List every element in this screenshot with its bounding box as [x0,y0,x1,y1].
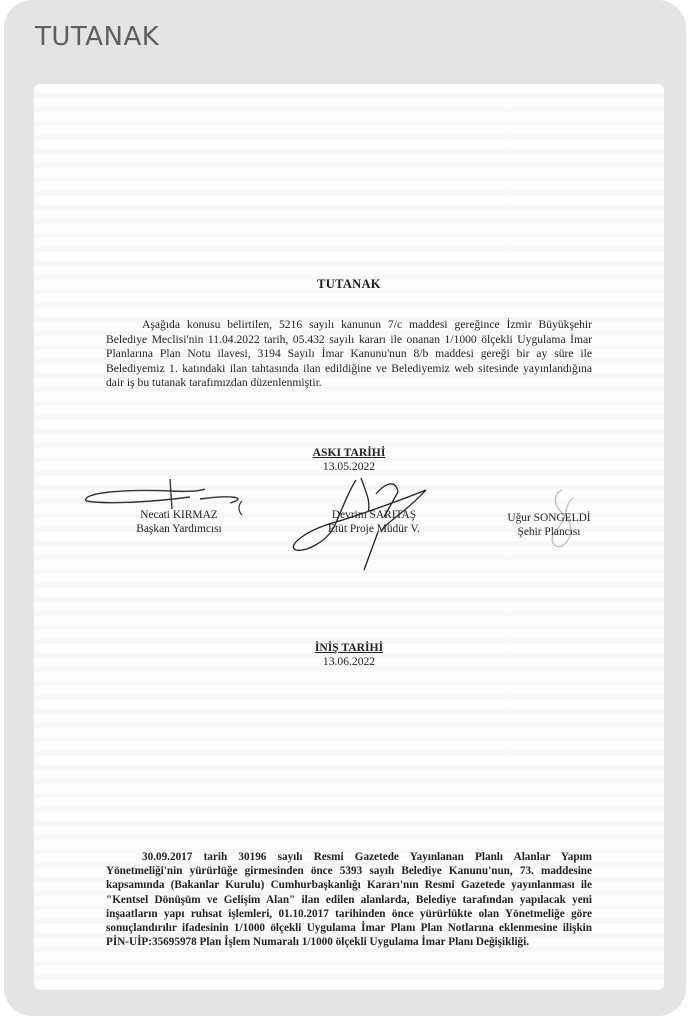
posting-date-value: 13.05.2022 [34,460,664,474]
document-card: TUTANAK TUTANAK Aşağıda konusu belirtile… [4,0,686,1016]
signatory-title: Etüt Proje Müdür V. [294,523,454,537]
removal-date-value: 13.06.2022 [34,655,664,669]
signatory-block: Uğur SONGELDİ Şehir Plancısı [464,512,634,539]
signatory-name: Uğur SONGELDİ [464,512,634,526]
signatory-name: Devrim SARITAŞ [294,509,454,523]
signatory-block: Necati KIRMAZ Başkan Yardımcısı [94,509,264,536]
scanned-document-image[interactable]: TUTANAK Aşağıda konusu belirtilen, 5216 … [34,84,664,990]
signatory-name: Necati KIRMAZ [94,509,264,523]
removal-date-label: İNİŞ TARİHİ [34,641,664,655]
document-title: TUTANAK [34,277,664,292]
announcement-paragraph: Aşağıda konusu belirtilen, 5216 sayılı k… [106,318,592,391]
posting-date-label: ASKI TARİHİ [34,446,664,460]
removal-date-block: İNİŞ TARİHİ 13.06.2022 [34,641,664,669]
plan-note-paragraph: 30.09.2017 tarih 30196 sayılı Resmi Gaze… [106,850,592,949]
signatory-title: Başkan Yardımcısı [94,523,264,537]
posting-date-block: ASKI TARİHİ 13.05.2022 [34,446,664,474]
signatory-block: Devrim SARITAŞ Etüt Proje Müdür V. [294,509,454,536]
card-title: TUTANAK [35,22,159,52]
signatory-title: Şehir Plancısı [464,526,634,540]
